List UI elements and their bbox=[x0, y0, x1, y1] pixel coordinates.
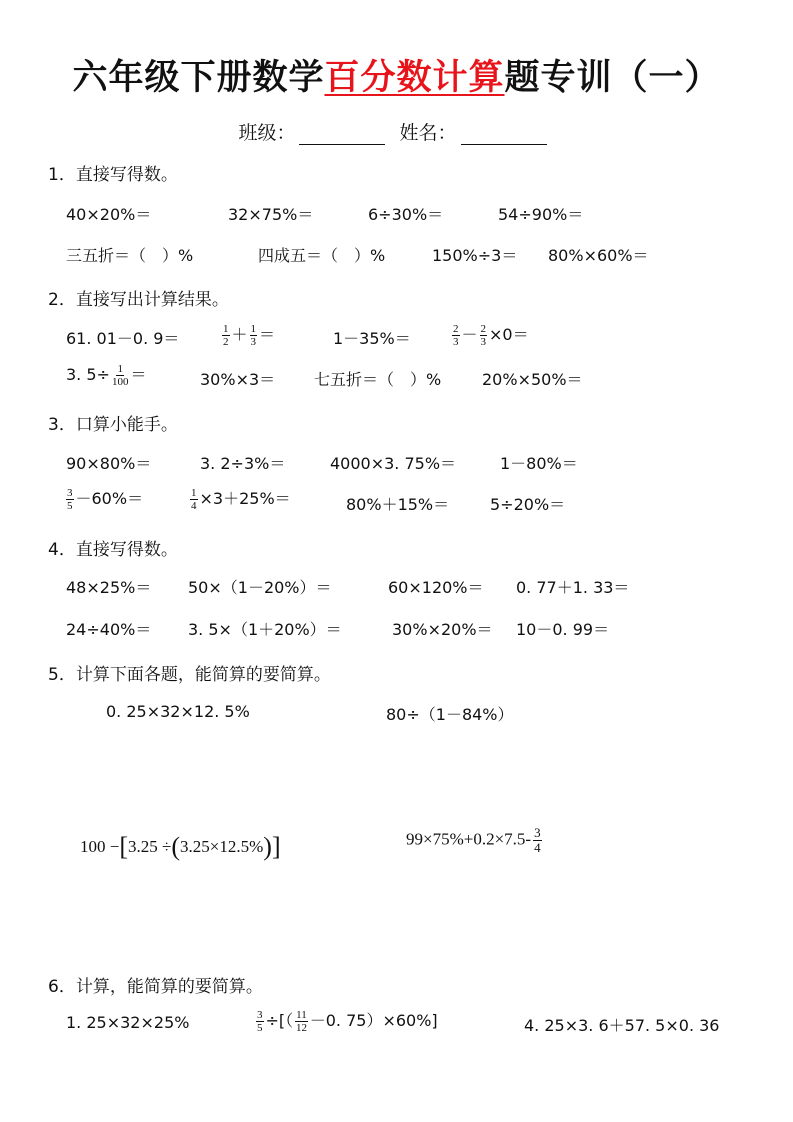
problem: 60×120%＝ bbox=[388, 575, 484, 598]
title-suffix: 题专训（一） bbox=[505, 58, 721, 98]
problem: 3. 5×（1＋20%）＝ bbox=[188, 617, 342, 640]
fraction: 13 bbox=[250, 323, 258, 348]
problem: 0. 25×32×12. 5% bbox=[106, 702, 250, 721]
name-label: 姓名： bbox=[400, 122, 457, 144]
problem: 0. 77＋1. 33＝ bbox=[516, 575, 629, 598]
problem: 14×3＋25%＝ bbox=[188, 486, 291, 512]
problem: 40×20%＝ bbox=[66, 202, 151, 225]
fraction: 35 bbox=[256, 1009, 264, 1034]
problem: 6÷30%＝ bbox=[368, 202, 443, 225]
problem: 24÷40%＝ bbox=[66, 617, 151, 640]
problem: 10－0. 99＝ bbox=[516, 617, 609, 640]
title-highlight: 百分数计算 bbox=[324, 58, 504, 98]
problem: 1－80%＝ bbox=[500, 451, 578, 474]
problem: 35÷[（1112－0. 75）×60%] bbox=[254, 1008, 438, 1034]
fraction: 1100 bbox=[112, 363, 129, 388]
fraction: 34 bbox=[533, 826, 542, 855]
problem: 35－60%＝ bbox=[64, 486, 143, 512]
problem: 1. 25×32×25% bbox=[66, 1013, 189, 1032]
problem: 54÷90%＝ bbox=[498, 202, 583, 225]
problem: 12＋13＝ bbox=[220, 322, 275, 348]
student-info: 班级： 姓名： bbox=[0, 118, 793, 145]
section-5-heading: 5．计算下面各题，能简算的要简算。 bbox=[48, 660, 331, 685]
problem: 4000×3. 75%＝ bbox=[330, 451, 456, 474]
problem: 100 −[3.25 ÷(3.25×12.5%)] bbox=[80, 832, 281, 862]
class-blank[interactable] bbox=[299, 124, 385, 145]
fraction: 14 bbox=[190, 487, 198, 512]
problem: 20%×50%＝ bbox=[482, 367, 583, 390]
problem: 80%＋15%＝ bbox=[346, 492, 449, 515]
name-blank[interactable] bbox=[461, 124, 547, 145]
fraction: 35 bbox=[66, 487, 74, 512]
problem: 4. 25×3. 6＋57. 5×0. 36 bbox=[524, 1013, 719, 1036]
section-1-heading: 1．直接写得数。 bbox=[48, 160, 178, 185]
problem: 61. 01－0. 9＝ bbox=[66, 326, 179, 349]
worksheet-title: 六年级下册数学百分数计算题专训（一） bbox=[0, 50, 793, 100]
problem: 150%÷3＝ bbox=[432, 243, 517, 266]
problem: 三五折＝（ ）% bbox=[66, 243, 193, 266]
problem: 90×80%＝ bbox=[66, 451, 151, 474]
problem: 30%×20%＝ bbox=[392, 617, 493, 640]
problem: 30%×3＝ bbox=[200, 367, 275, 390]
problem: 23－23×0＝ bbox=[450, 322, 529, 348]
class-label: 班级： bbox=[238, 122, 295, 144]
fraction: 1112 bbox=[295, 1009, 308, 1034]
problem: 3. 5÷1100＝ bbox=[66, 362, 146, 388]
problem: 99×75%+0.2×7.5-34 bbox=[406, 826, 544, 855]
section-4-heading: 4．直接写得数。 bbox=[48, 535, 178, 560]
problem: 四成五＝（ ）% bbox=[258, 243, 385, 266]
problem: 3. 2÷3%＝ bbox=[200, 451, 285, 474]
problem: 32×75%＝ bbox=[228, 202, 313, 225]
fraction: 23 bbox=[480, 323, 488, 348]
section-3-heading: 3．口算小能手。 bbox=[48, 410, 178, 435]
problem: 80%×60%＝ bbox=[548, 243, 649, 266]
fraction: 12 bbox=[222, 323, 230, 348]
problem: 七五折＝（ ）% bbox=[314, 367, 441, 390]
problem: 48×25%＝ bbox=[66, 575, 151, 598]
fraction: 23 bbox=[452, 323, 460, 348]
problem: 1－35%＝ bbox=[333, 326, 411, 349]
problem: 50×（1－20%）＝ bbox=[188, 575, 332, 598]
title-prefix: 六年级下册数学 bbox=[72, 58, 324, 98]
section-2-heading: 2．直接写出计算结果。 bbox=[48, 285, 229, 310]
problem: 80÷（1－84%） bbox=[386, 702, 514, 725]
section-6-heading: 6．计算，能简算的要简算。 bbox=[48, 972, 263, 997]
problem: 5÷20%＝ bbox=[490, 492, 565, 515]
